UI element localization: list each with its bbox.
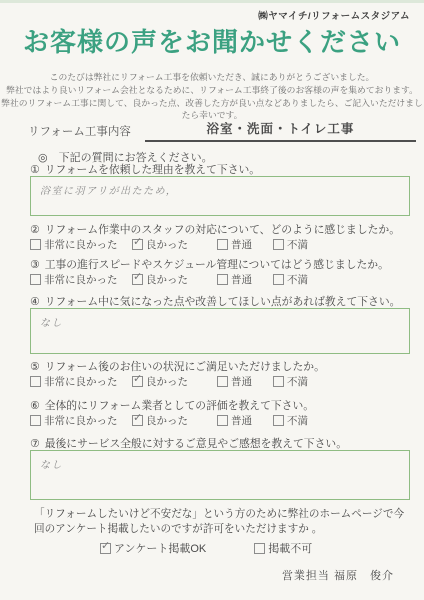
- handwritten-answer-7: なし: [40, 456, 63, 471]
- scan-edge-tint: [0, 0, 424, 3]
- handwritten-answer-1: 浴室に羽アリが出たため，: [40, 182, 177, 197]
- option-good: ✓良かった: [132, 374, 217, 389]
- intro-line-2: 弊社ではより良いリフォーム会社となるために、リフォーム工事終了後のお客様の声を集…: [0, 84, 424, 97]
- option-normal: 普通: [217, 237, 273, 252]
- question-4: ④リフォーム中に気になった点や改善してほしい点があれば教えて下さい。: [30, 294, 412, 309]
- option-very-good: 非常に良かった: [30, 237, 132, 252]
- question-7: ⑦最後にサービス全般に対するご意見やご感想を教えて下さい。: [30, 436, 412, 451]
- handwritten-answer-4: なし: [40, 314, 63, 329]
- checkbox-unchecked[interactable]: [217, 239, 228, 250]
- answer-box-4[interactable]: なし: [30, 308, 410, 354]
- question-5-number: ⑤: [30, 361, 40, 373]
- checkbox-unchecked[interactable]: [273, 239, 284, 250]
- checkbox-checked[interactable]: ✓: [132, 274, 143, 285]
- question-5-options: 非常に良かった ✓良かった 普通 不満: [30, 374, 412, 389]
- option-publish-no: 掲載不可: [254, 540, 312, 556]
- question-2: ②リフォーム作業中のスタッフの対応について、どのように感じましたか。: [30, 222, 412, 237]
- option-very-good: 非常に良かった: [30, 272, 132, 287]
- sales-rep-signature: 営業担当 福原 俊介: [282, 567, 394, 583]
- question-1-number: ①: [30, 164, 40, 176]
- option-good: ✓良かった: [132, 237, 217, 252]
- question-3-number: ③: [30, 259, 40, 271]
- option-dissatisfied: 不満: [273, 374, 308, 389]
- question-5: ⑤リフォーム後のお住いの状況にご満足いただけましたか。: [30, 359, 412, 374]
- option-normal: 普通: [217, 272, 273, 287]
- checkbox-checked[interactable]: ✓: [100, 543, 111, 554]
- question-6-options: 非常に良かった ✓良かった 普通 不満: [30, 413, 412, 428]
- form-title: お客様の声をお聞かせください: [0, 22, 424, 59]
- question-6: ⑥全体的にリフォーム業者としての評価を教えて下さい。: [30, 398, 412, 413]
- question-6-number: ⑥: [30, 400, 40, 412]
- option-normal: 普通: [217, 374, 273, 389]
- question-7-text: 最後にサービス全般に対するご意見やご感想を教えて下さい。: [45, 438, 347, 450]
- question-3-options: 非常に良かった ✓良かった 普通 不満: [30, 272, 412, 287]
- question-2-text: リフォーム作業中のスタッフの対応について、どのように感じましたか。: [45, 224, 400, 236]
- option-dissatisfied: 不満: [273, 413, 308, 428]
- checkbox-unchecked[interactable]: [30, 415, 41, 426]
- option-dissatisfied: 不満: [273, 272, 308, 287]
- checkbox-unchecked[interactable]: [254, 543, 265, 554]
- checkbox-checked[interactable]: ✓: [132, 376, 143, 387]
- checkbox-unchecked[interactable]: [30, 274, 41, 285]
- question-2-options: 非常に良かった ✓良かった 普通 不満: [30, 237, 412, 252]
- checkbox-unchecked[interactable]: [217, 376, 228, 387]
- question-4-text: リフォーム中に気になった点や改善してほしい点があれば教えて下さい。: [45, 296, 401, 308]
- option-good: ✓良かった: [132, 413, 217, 428]
- option-very-good: 非常に良かった: [30, 413, 132, 428]
- question-4-number: ④: [30, 296, 40, 308]
- question-1-text: リフォームを依頼した理由を教えて下さい。: [45, 164, 260, 176]
- work-content-label: リフォーム工事内容: [28, 123, 131, 142]
- option-normal: 普通: [217, 413, 273, 428]
- publish-options: ✓アンケート掲載OK 掲載不可: [100, 540, 360, 556]
- checkbox-unchecked[interactable]: [273, 274, 284, 285]
- checkbox-unchecked[interactable]: [273, 376, 284, 387]
- work-content-row: リフォーム工事内容 浴室・洗面・トイレ工事: [28, 119, 416, 142]
- question-2-number: ②: [30, 224, 40, 236]
- question-1: ①リフォームを依頼した理由を教えて下さい。: [30, 162, 412, 177]
- checkbox-checked[interactable]: ✓: [132, 239, 143, 250]
- survey-form-page: ㈱ヤマイチ/リフォームスタジアム お客様の声をお聞かせください このたびは弊社に…: [0, 0, 424, 600]
- question-3: ③工事の進行スピードやスケジュール管理についてはどう感じましたか。: [30, 257, 412, 272]
- intro-line-1: このたびは弊社にリフォーム工事を依頼いただき、誠にありがとうございました。: [0, 71, 424, 84]
- question-3-text: 工事の進行スピードやスケジュール管理についてはどう感じましたか。: [45, 259, 389, 271]
- question-7-number: ⑦: [30, 438, 40, 450]
- option-good: ✓良かった: [132, 272, 217, 287]
- publish-permission-text: 「リフォームしたいけど不安だな」という方のために弊社のホームページで今回のアンケ…: [34, 507, 406, 538]
- checkbox-checked[interactable]: ✓: [132, 415, 143, 426]
- work-content-value: 浴室・洗面・トイレ工事: [145, 119, 416, 142]
- question-6-text: 全体的にリフォーム業者としての評価を教えて下さい。: [45, 400, 314, 412]
- company-name: ㈱ヤマイチ/リフォームスタジアム: [258, 8, 410, 22]
- checkbox-unchecked[interactable]: [217, 415, 228, 426]
- question-5-text: リフォーム後のお住いの状況にご満足いただけましたか。: [45, 361, 325, 373]
- intro-paragraph: このたびは弊社にリフォーム工事を依頼いただき、誠にありがとうございました。 弊社…: [0, 71, 424, 122]
- checkbox-unchecked[interactable]: [217, 274, 228, 285]
- option-very-good: 非常に良かった: [30, 374, 132, 389]
- answer-box-7[interactable]: なし: [30, 450, 410, 500]
- answer-box-1[interactable]: 浴室に羽アリが出たため，: [30, 176, 410, 216]
- checkbox-unchecked[interactable]: [30, 376, 41, 387]
- checkbox-unchecked[interactable]: [30, 239, 41, 250]
- checkbox-unchecked[interactable]: [273, 415, 284, 426]
- option-dissatisfied: 不満: [273, 237, 308, 252]
- option-publish-ok: ✓アンケート掲載OK: [100, 540, 206, 556]
